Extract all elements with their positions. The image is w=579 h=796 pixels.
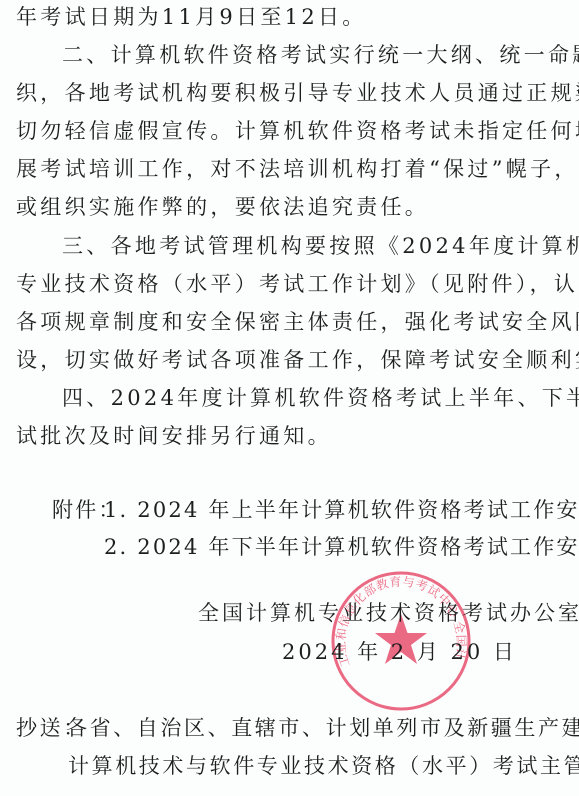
- paragraph-line: 年考试日期为11月9日至12日。: [16, 2, 564, 32]
- paragraph-line: 二、计算机软件资格考试实行统一大纲、统一命题、统一组: [62, 40, 564, 70]
- paragraph-line: 设，切实做好考试各项准备工作，保障考试安全顺利实施。: [16, 345, 564, 375]
- paragraph-line: 或组织实施作弊的，要依法追究责任。: [16, 192, 564, 222]
- paragraph-line: 切勿轻信虚假宣传。计算机软件资格考试未指定任何培训机构开: [16, 116, 564, 146]
- paragraph-line: 展考试培训工作，对不法培训机构打着“保过”幌子，招摇撞骗: [16, 154, 564, 184]
- attachment-item: 1. 2024 年上半年计算机软件资格考试工作安排: [104, 495, 579, 525]
- issue-date: 2024 年 2 月 20 日: [282, 637, 517, 667]
- paragraph-line: 三、各地考试管理机构要按照《2024年度计算机技术与软件: [62, 231, 564, 261]
- paragraph-line: 试批次及时间安排另行通知。: [16, 421, 564, 451]
- document-page: 年考试日期为11月9日至12日。 二、计算机软件资格考试实行统一大纲、统一命题、…: [0, 0, 579, 796]
- paragraph-line: 四、2024年度计算机软件资格考试上半年、下半年各资格考: [62, 383, 564, 413]
- cc-recipient-line: 计算机技术与软件专业技术资格（水平）考试主管部门: [68, 751, 579, 781]
- cc-recipient-line: 各省、自治区、直辖市、计划单列市及新疆生产建设兵团: [66, 713, 579, 743]
- paragraph-line: 专业技术资格（水平）考试工作计划》（见附件），认真落实考试: [16, 269, 564, 299]
- issuer-name: 全国计算机专业技术资格考试办公室: [198, 598, 579, 628]
- attachment-item: 2. 2024 年下半年计算机软件资格考试工作安排: [104, 532, 579, 562]
- paragraph-line: 织，各地考试机构要积极引导专业技术人员通过正规渠道报名，: [16, 78, 564, 108]
- paragraph-line: 各项规章制度和安全保密主体责任，强化考试安全风险体系建: [16, 307, 564, 337]
